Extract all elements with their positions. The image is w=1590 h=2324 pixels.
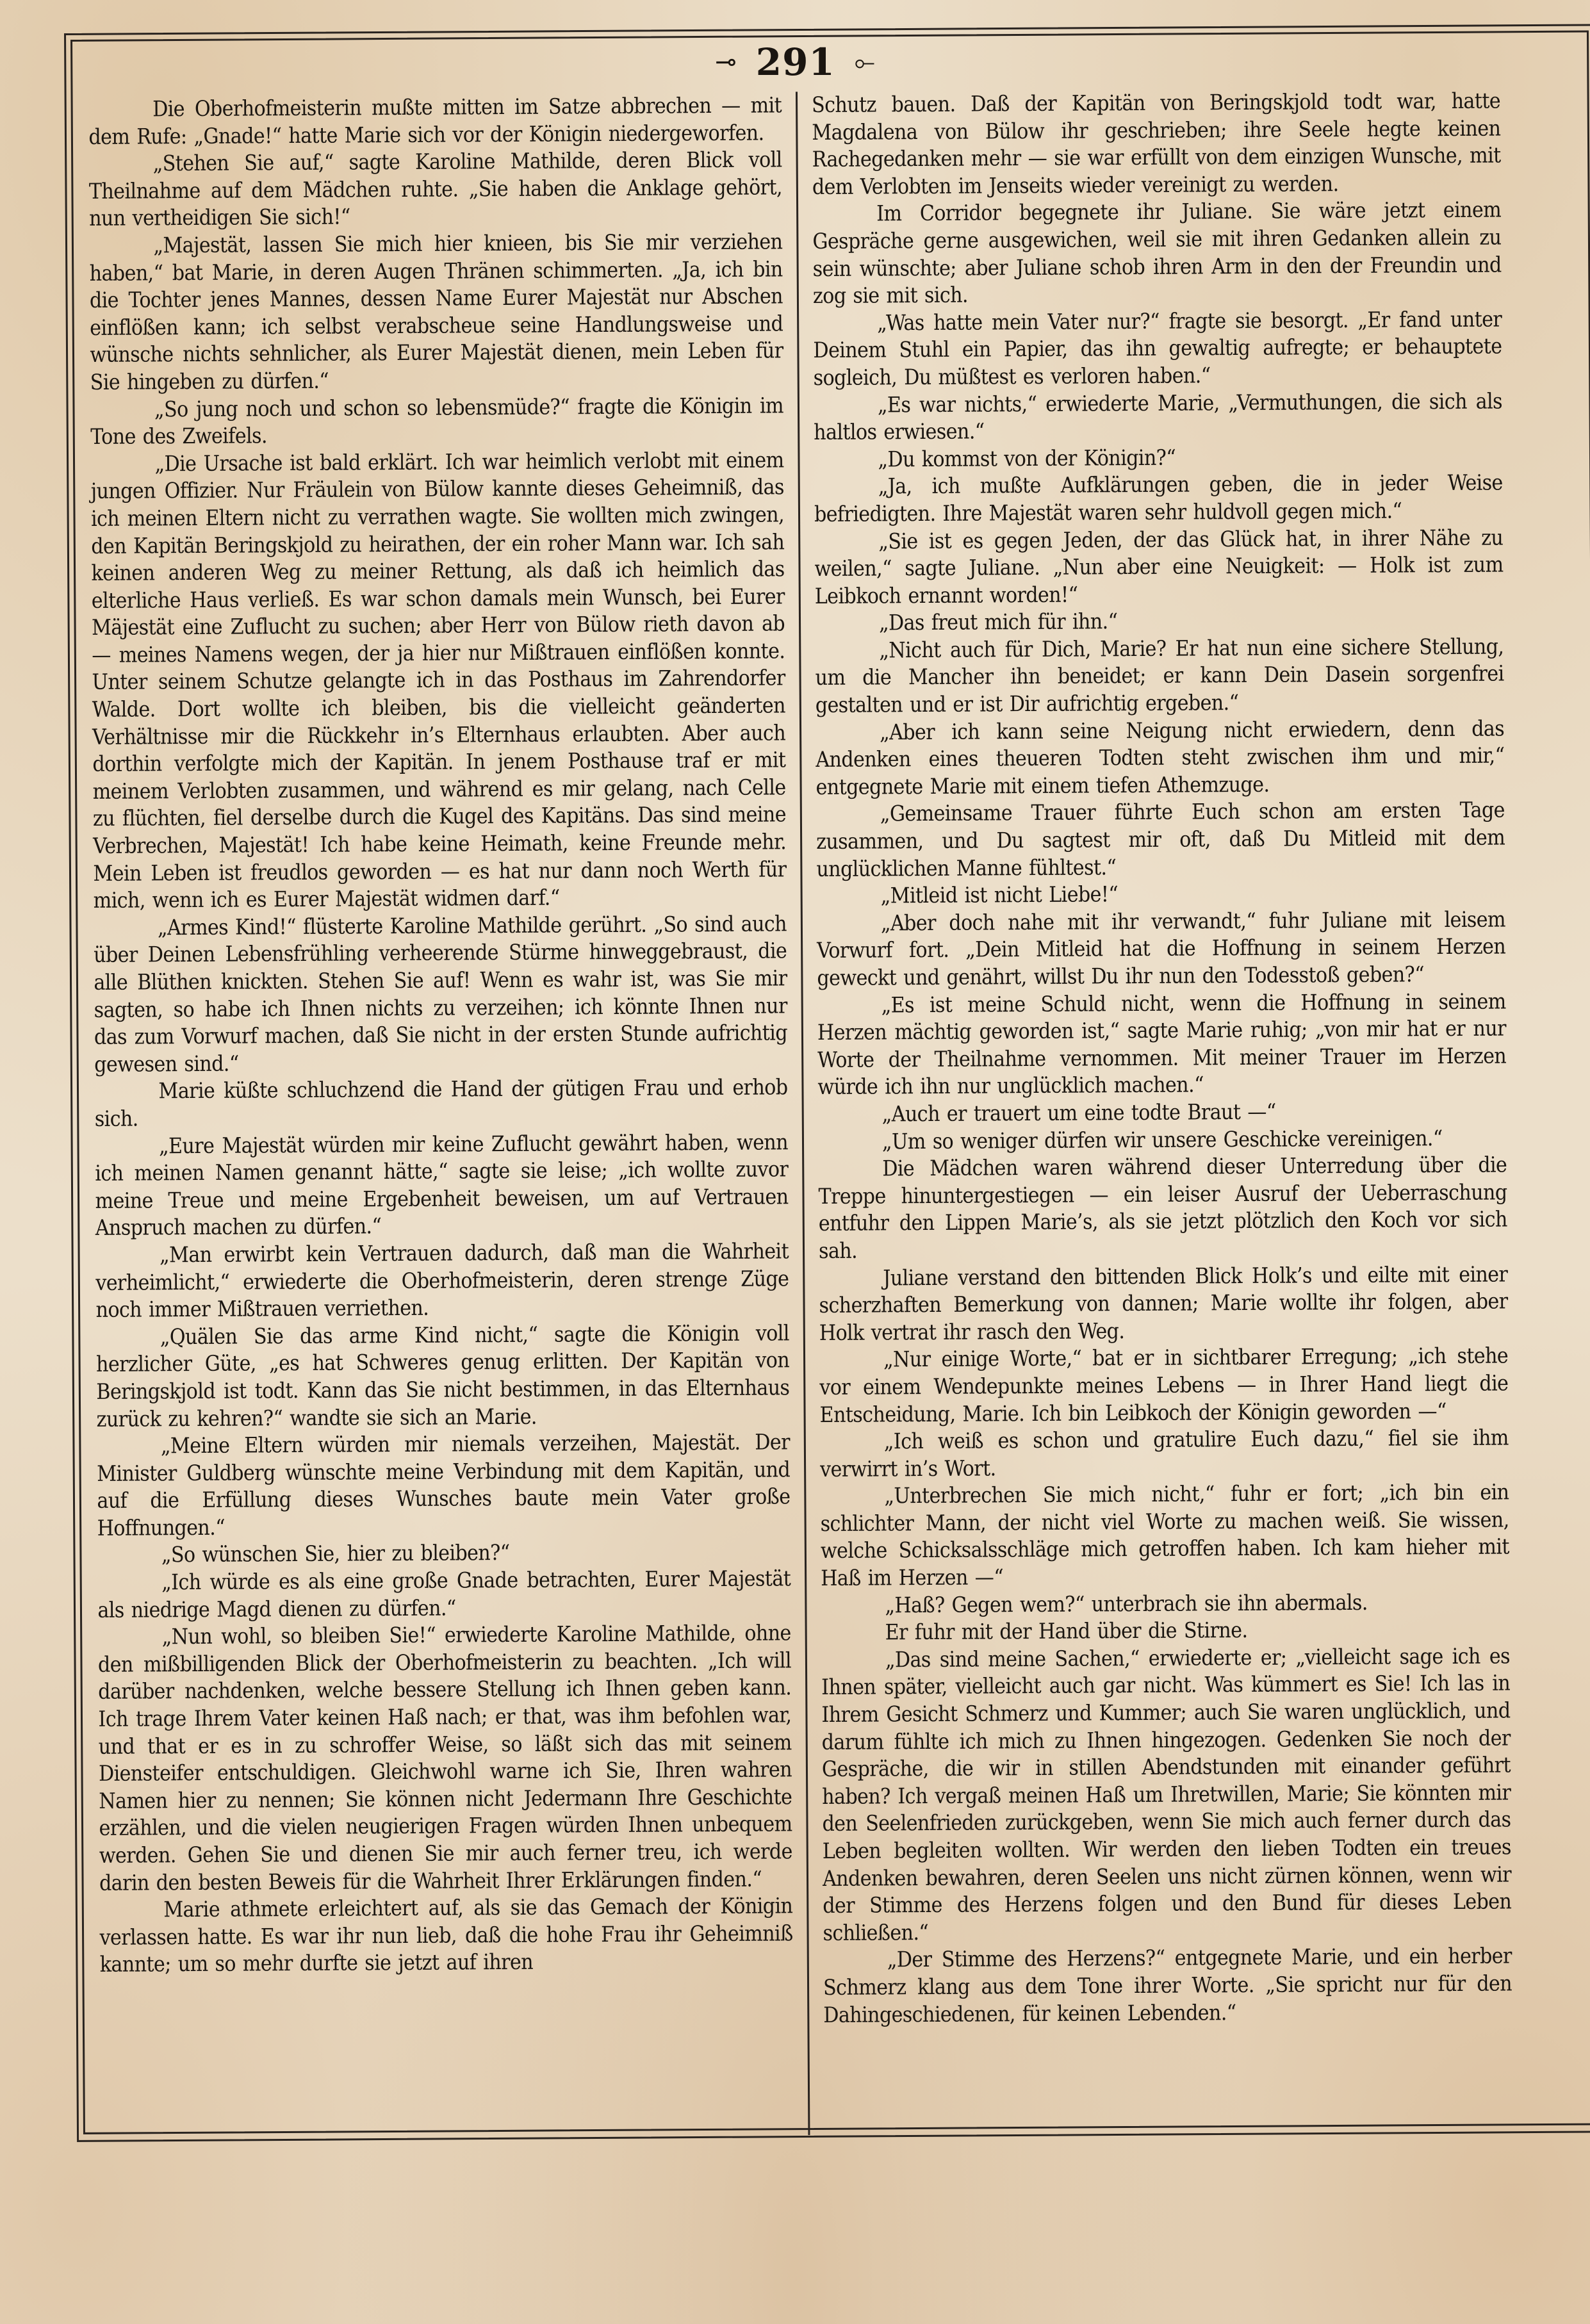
paragraph: „Majestät, lassen Sie mich hier knieen, … [89,228,783,396]
paragraph: „Unterbrechen Sie mich nicht,“ fuhr er f… [820,1479,1509,1592]
paragraph-continuation: Schutz bauen. Daß der Kapitän von Bering… [812,87,1501,200]
paragraph: „Ja, ich mußte Aufklärungen geben, die i… [814,470,1504,528]
ornament-left-icon: ⊸ [715,49,737,75]
paragraph: „Mitleid ist nicht Liebe!“ [817,879,1505,910]
paragraph: „Man erwirbt kein Vertrauen dadurch, daß… [95,1238,789,1323]
paragraph: „Das sind meine Sachen,“ erwiederte er; … [821,1642,1512,1947]
paragraph: Er fuhr mit der Hand über die Stirne. [821,1616,1510,1647]
paragraph: Marie küßte schluchzend die Hand der güt… [94,1074,788,1133]
right-column: Schutz bauen. Daß der Kapitän von Bering… [798,87,1524,2135]
paragraph: Juliane verstand den bittenden Blick Hol… [819,1261,1508,1346]
paragraph: „Quälen Sie das arme Kind nicht,“ sagte … [96,1320,790,1433]
paragraph: „Die Ursache ist bald erklärt. Ich war h… [90,446,786,915]
paragraph: „Meine Eltern würden mir niemals verzeih… [97,1428,791,1542]
paragraph: „Sie ist es gegen Jeden, der das Glück h… [814,524,1504,610]
paragraph: „Nun wohl, so bleiben Sie!“ erwiederte K… [98,1620,793,1897]
paragraph: Marie athmete erleichtert auf, als sie d… [99,1892,793,1978]
ornament-right-icon: ⟜ [855,49,875,75]
paragraph: „Ich weiß es schon und gratulire Euch da… [820,1425,1509,1484]
paragraph: „Du kommst von der Königin?“ [814,442,1502,473]
paragraph: „Nur einige Worte,“ bat er in sichtbarer… [819,1343,1509,1428]
paragraph: „Der Stimme des Herzens?“ entgegnete Mar… [823,1943,1512,2029]
paragraph: „Was hatte mein Vater nur?“ fragte sie b… [813,306,1502,391]
paragraph: Die Oberhofmeisterin mußte mitten im Sat… [88,92,782,151]
paragraph: „So wünschen Sie, hier zu bleiben?“ [97,1538,791,1569]
paragraph: „Gemeinsame Trauer führte Euch schon am … [816,797,1505,883]
page-number: 291 [756,40,835,84]
paragraph: „Eure Majestät würden mir keine Zuflucht… [95,1129,789,1242]
paragraph: Die Mädchen waren während dieser Unterre… [818,1152,1507,1265]
paragraph: Im Corridor begegnete ihr Juliane. Sie w… [812,197,1502,310]
paragraph: „Aber doch nahe mit ihr verwandt,“ fuhr … [817,906,1506,992]
left-column: Die Oberhofmeisterin mußte mitten im Sat… [83,92,810,2140]
paragraph: „Stehen Sie auf,“ sagte Karoline Mathild… [89,147,783,233]
paragraph: „Um so weniger dürfen wir unsere Geschic… [818,1124,1507,1156]
paragraph: „Aber ich kann seine Neigung nicht erwie… [815,715,1505,801]
page-header: ⊸ 291 ⟜ [0,40,1590,85]
paragraph: „So jung noch und schon so lebensmüde?“ … [90,392,784,451]
paragraph: „Das freut mich für ihn.“ [815,606,1504,637]
paragraph: „Haß? Gegen wem?“ unterbrach sie ihn abe… [821,1588,1509,1619]
paragraph: „Auch er trauert um eine todte Braut —“ [818,1097,1507,1128]
paragraph: „Es war nichts,“ erwiederte Marie, „Verm… [814,388,1503,446]
paragraph: „Nicht auch für Dich, Marie? Er hat nun … [815,633,1504,719]
text-columns: Die Oberhofmeisterin mußte mitten im Sat… [83,87,1524,2140]
paragraph: „Es ist meine Schuld nicht, wenn die Hof… [817,988,1507,1101]
paragraph: „Armes Kind!“ flüsterte Karoline Mathild… [94,910,788,1078]
paragraph: „Ich würde es als eine große Gnade betra… [97,1565,791,1624]
